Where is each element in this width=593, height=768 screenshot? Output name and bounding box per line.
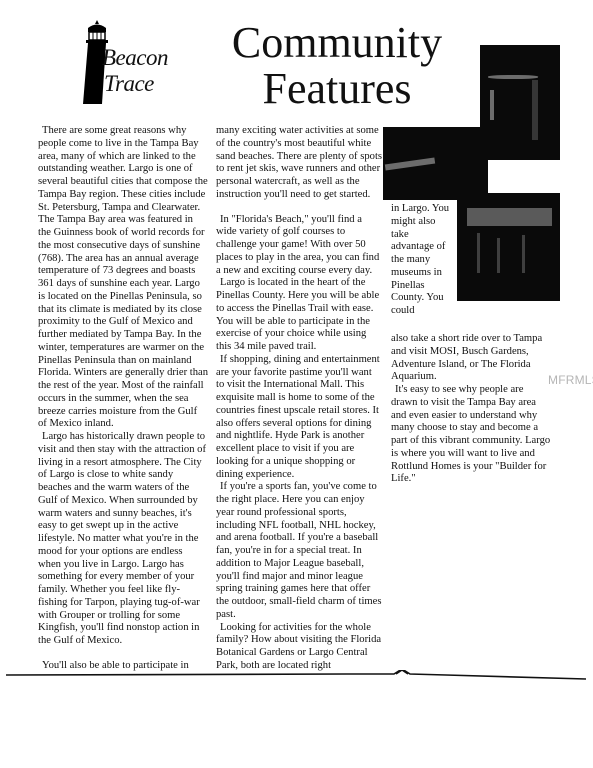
footer-divider <box>6 670 586 682</box>
paragraph: Largo is located in the heart of the Pin… <box>216 277 382 354</box>
paragraph: In "Florida's Beach," you'll find a wide… <box>216 214 382 278</box>
article-column-middle: many exciting water activities at some o… <box>216 125 382 673</box>
paragraph: It's easy to see why people are drawn to… <box>391 384 551 486</box>
paragraph: There are some great reasons why people … <box>38 125 208 431</box>
title-line-1: Community <box>232 18 442 67</box>
article-column-left: There are some great reasons why people … <box>38 125 208 673</box>
page-title: Community Features <box>222 20 452 112</box>
mls-watermark: MFRMLS <box>548 373 593 387</box>
paragraph: If you're a sports fan, you've come to t… <box>216 481 382 621</box>
photo-top-right <box>480 45 560 160</box>
paragraph: in Largo. You might also take advantage … <box>391 203 453 318</box>
photo-middle <box>383 127 488 200</box>
paragraph: Largo has historically drawn people to v… <box>38 431 208 648</box>
paragraph: If shopping, dining and entertainment ar… <box>216 354 382 482</box>
logo-word-trace: Trace <box>104 72 154 95</box>
paragraph: many exciting water activities at some o… <box>216 125 382 202</box>
article-column-right-wide: also take a short ride over to Tampa and… <box>391 333 551 486</box>
paragraph: also take a short ride over to Tampa and… <box>391 333 551 384</box>
photo-bottom-right <box>457 193 560 301</box>
article-column-right-narrow: in Largo. You might also take advantage … <box>391 203 453 318</box>
title-line-2: Features <box>262 64 411 113</box>
beacon-trace-logo: Beacon Trace <box>76 18 186 108</box>
logo-word-beacon: Beacon <box>102 46 168 69</box>
paragraph: Looking for activities for the whole fam… <box>216 622 382 673</box>
